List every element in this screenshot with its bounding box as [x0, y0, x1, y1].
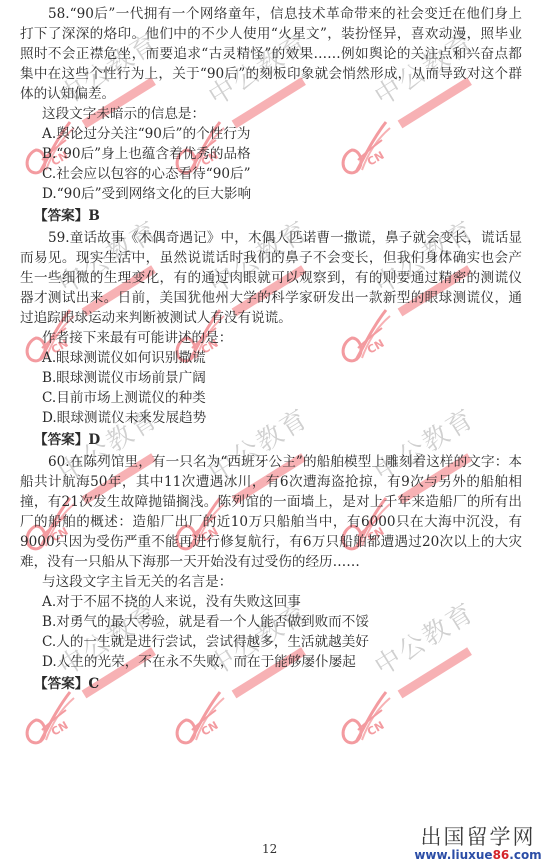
- answer-value: C: [88, 676, 99, 692]
- answer-line: 【答案】C: [20, 674, 522, 694]
- option-c: C.目前市场上测谎仪的种类: [20, 388, 522, 408]
- option-a: A.眼球测谎仪如何识别撒谎: [20, 348, 522, 368]
- option-b: B.对勇气的最大考验，就是看一个人能否做到败而不馁: [20, 612, 522, 632]
- option-b: B.“90后”身上也蕴含着优秀的品格: [20, 144, 522, 164]
- answer-label: 【答案】: [34, 208, 88, 224]
- question-58: 58.“90后”一代拥有一个网络童年，信息技术革命带来的社会变迁在他们身上打下了…: [20, 4, 522, 226]
- question-text: 童话故事《木偶奇遇记》中，木偶人匹诺曹一撒谎，鼻子就会变长，谎话显而易见。现实生…: [20, 230, 522, 326]
- option-c: C.人的一生就是进行尝试，尝试得越多，生活就越美好: [20, 632, 522, 652]
- answer-line: 【答案】B: [20, 206, 522, 226]
- option-a: A.对于不屈不挠的人来说，没有失败这回事: [20, 592, 522, 612]
- site-logo-title: 出国留学网: [408, 826, 548, 848]
- option-a: A.舆论过分关注“90后”的个性行为: [20, 124, 522, 144]
- answer-value: D: [88, 432, 100, 448]
- question-prompt: 作者接下来最有可能讲述的是：: [20, 328, 522, 348]
- answer-line: 【答案】D: [20, 430, 522, 450]
- question-number: 60.: [48, 454, 70, 470]
- question-59: 59.童话故事《木偶奇遇记》中，木偶人匹诺曹一撒谎，鼻子就会变长，谎话显而易见。…: [20, 228, 522, 450]
- svg-text:CN: CN: [365, 719, 386, 739]
- svg-text:CN: CN: [49, 719, 70, 739]
- question-stem: 59.童话故事《木偶奇遇记》中，木偶人匹诺曹一撒谎，鼻子就会变长，谎话显而易见。…: [20, 228, 522, 328]
- option-c: C.社会应以包容的心态看待“90后”: [20, 164, 522, 184]
- answer-value: B: [88, 208, 100, 224]
- url-highlight: 86: [493, 848, 510, 862]
- question-number: 58.: [48, 6, 70, 22]
- url-suffix: .com: [509, 848, 541, 862]
- answer-label: 【答案】: [34, 676, 88, 692]
- question-prompt: 与这段文字主旨无关的名言是：: [20, 572, 522, 592]
- option-d: D.“90后”受到网络文化的巨大影响: [20, 184, 522, 204]
- page-number: 12: [262, 842, 277, 856]
- url-prefix: www.liuxue: [414, 848, 492, 862]
- site-logo-url[interactable]: www.liuxue86.com: [408, 848, 548, 863]
- svg-text:CN: CN: [199, 719, 220, 739]
- option-b: B.眼球测谎仪市场前景广阔: [20, 368, 522, 388]
- question-number: 59.: [48, 230, 70, 246]
- option-d: D.人生的光荣，不在永不失败，而在于能够屡仆屡起: [20, 652, 522, 672]
- document-page: CN 中公教育 CN 中公教育 CN 中公教育 CN: [0, 0, 550, 868]
- question-text: “90后”一代拥有一个网络童年，信息技术革命带来的社会变迁在他们身上打下了深深的…: [20, 6, 522, 102]
- question-60: 60.在陈列馆里，有一只名为“西班牙公主”的船舶模型上雕刻着这样的文字：本船共计…: [20, 452, 522, 694]
- question-prompt: 这段文字未暗示的信息是：: [20, 104, 522, 124]
- question-text: 在陈列馆里，有一只名为“西班牙公主”的船舶模型上雕刻着这样的文字：本船共计航海5…: [20, 454, 522, 570]
- question-stem: 60.在陈列馆里，有一只名为“西班牙公主”的船舶模型上雕刻着这样的文字：本船共计…: [20, 452, 522, 572]
- option-d: D.眼球测谎仪未来发展趋势: [20, 408, 522, 428]
- site-logo[interactable]: 出国留学网 www.liuxue86.com: [408, 826, 548, 863]
- document-content: 58.“90后”一代拥有一个网络童年，信息技术革命带来的社会变迁在他们身上打下了…: [20, 4, 522, 696]
- answer-label: 【答案】: [34, 432, 88, 448]
- question-stem: 58.“90后”一代拥有一个网络童年，信息技术革命带来的社会变迁在他们身上打下了…: [20, 4, 522, 104]
